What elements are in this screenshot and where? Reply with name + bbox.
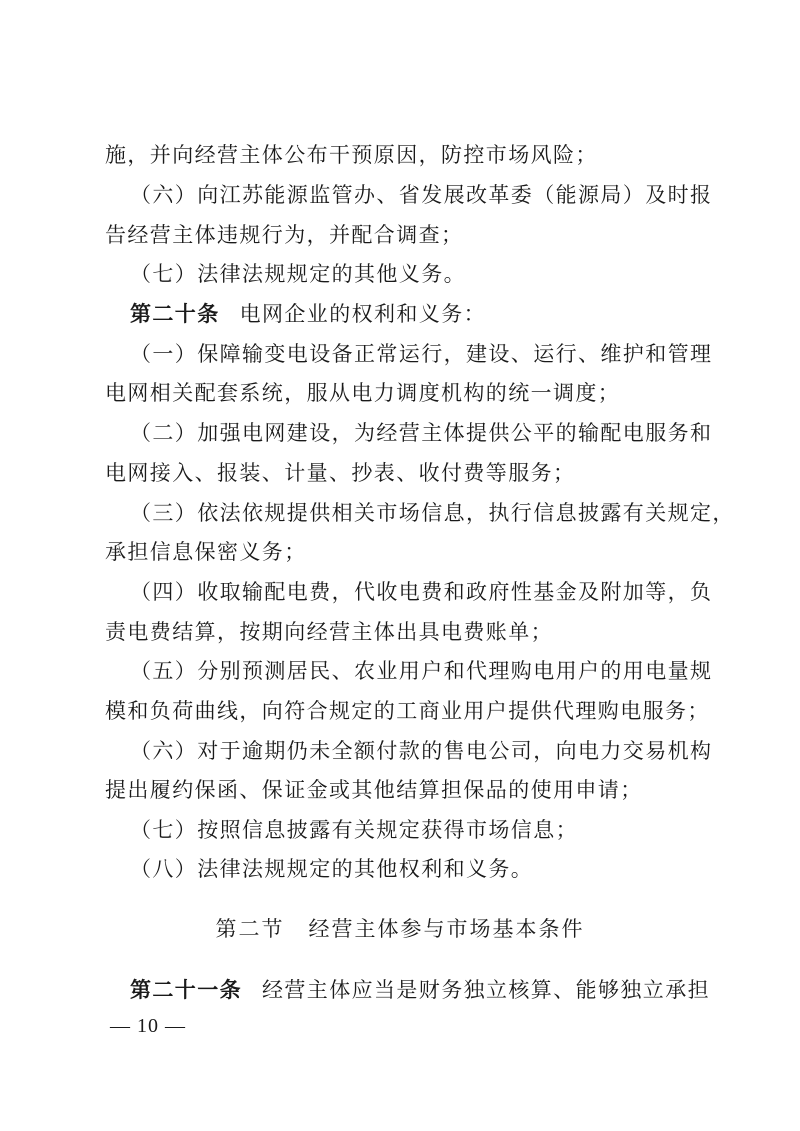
article-20-heading-line: 第二十条电网企业的权利和义务：	[130, 299, 697, 329]
document-page: 施，并向经营主体公布干预原因，防控市场风险； （六）向江苏能源监管办、省发展改革…	[0, 0, 800, 1131]
article-21-text: 经营主体应当是财务独立核算、能够独立承担	[262, 978, 710, 1002]
paragraph-line: （七）法律法规规定的其他义务。	[130, 259, 697, 289]
article-20-number: 第二十条	[130, 301, 220, 326]
paragraph-line: （六）对于逾期仍未全额付款的售电公司，向电力交易机构	[130, 736, 697, 766]
paragraph-line: 承担信息保密义务；	[105, 537, 697, 567]
paragraph-line: 提出履约保函、保证金或其他结算担保品的使用申请；	[105, 775, 697, 805]
section-number: 第二节	[216, 917, 285, 941]
article-21-number: 第二十一条	[130, 977, 242, 1002]
paragraph-line: 电网相关配套系统，服从电力调度机构的统一调度；	[105, 378, 697, 408]
section-title-text: 经营主体参与市场基本条件	[309, 917, 585, 941]
paragraph-line: （八）法律法规规定的其他权利和义务。	[130, 854, 697, 884]
paragraph-line: （四）收取输配电费，代收电费和政府性基金及附加等，负	[130, 577, 697, 607]
paragraph-line: 模和负荷曲线，向符合规定的工商业用户提供代理购电服务；	[105, 696, 697, 726]
paragraph-line: （二）加强电网建设，为经营主体提供公平的输配电服务和	[130, 418, 697, 448]
paragraph-line: 电网接入、报装、计量、抄表、收付费等服务；	[105, 458, 697, 488]
paragraph-line: （一）保障输变电设备正常运行，建设、运行、维护和管理	[130, 339, 697, 369]
paragraph-line: （六）向江苏能源监管办、省发展改革委（能源局）及时报	[130, 180, 697, 210]
paragraph-line: 施，并向经营主体公布干预原因，防控市场风险；	[105, 140, 697, 170]
paragraph-line: 责电费结算，按期向经营主体出具电费账单；	[105, 617, 697, 647]
paragraph-line: （七）按照信息披露有关规定获得市场信息；	[130, 815, 697, 845]
article-21-line: 第二十一条经营主体应当是财务独立核算、能够独立承担	[130, 975, 697, 1005]
paragraph-line: （三）依法依规提供相关市场信息，执行信息披露有关规定，	[130, 498, 697, 528]
paragraph-line: 告经营主体违规行为，并配合调查；	[105, 220, 697, 250]
section-title: 第二节经营主体参与市场基本条件	[0, 914, 800, 944]
paragraph-line: （五）分别预测居民、农业用户和代理购电用户的用电量规	[130, 656, 697, 686]
article-20-title: 电网企业的权利和义务：	[240, 302, 486, 326]
page-number: — 10 —	[110, 1012, 186, 1040]
